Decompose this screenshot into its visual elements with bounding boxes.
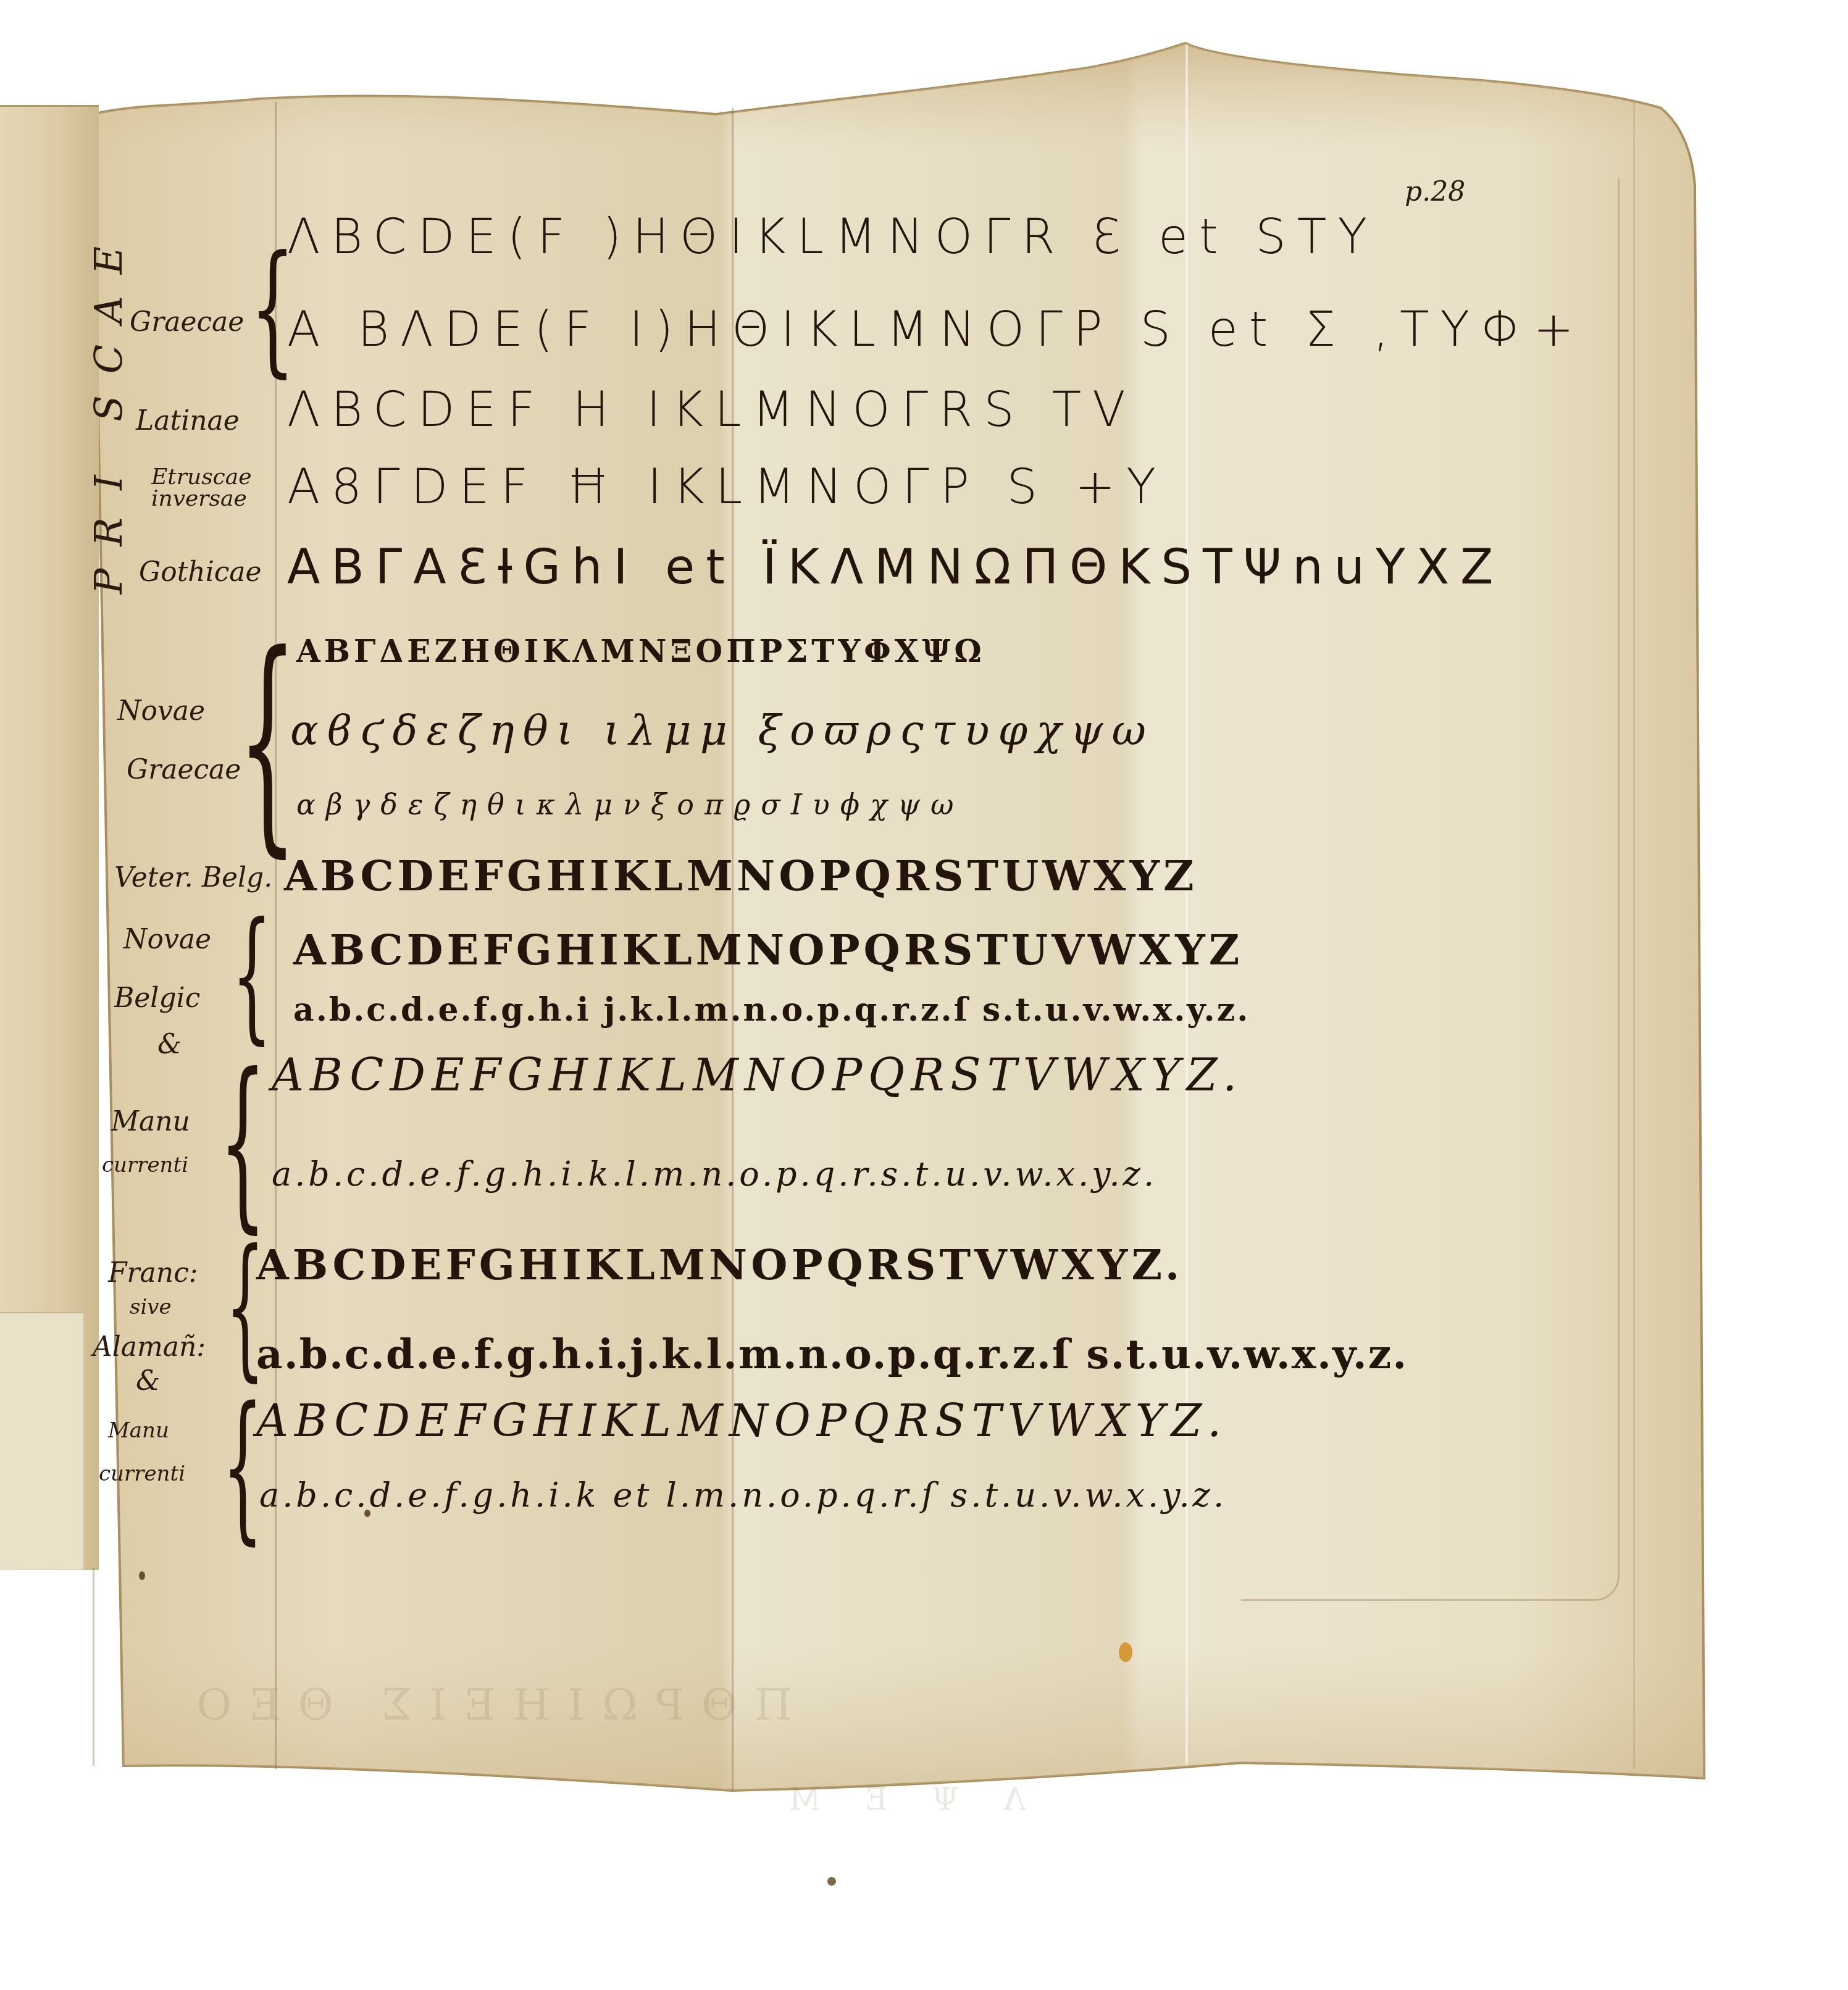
- label-latinae: Latinae: [136, 408, 240, 435]
- alphabet-row-greek-capitals: ΑΒΓΔΕΖΗΘΙΚΛΜΝΞΟΠΡΣΤΥΦΧΨΩ: [296, 636, 985, 667]
- vertical-title-letter: C: [86, 341, 131, 378]
- alphabet-row-gothicae: ΑΒΓΑƐƗGhI et ÏKΛMNΩΠΘKSTΨnuYXZ: [287, 543, 1505, 592]
- label-sive: sive: [130, 1297, 172, 1318]
- label-etruscae: Etruscae: [151, 466, 252, 488]
- foxing-spot: [827, 1877, 836, 1886]
- fold-line: [1633, 102, 1635, 1769]
- alphabet-row-novae-belgic-capitals: ABCDEFGHIKLMNOPQRSTUVWXYZ: [293, 929, 1243, 971]
- label-inversae: inversae: [151, 488, 247, 510]
- alphabet-row-graecae-2: A BΛDE(F I)HΘIKLMNOΓP S et Σ ,TYΦ+: [287, 306, 1585, 354]
- label-veter-belg: Veter. Belg.: [114, 864, 272, 892]
- label-novae-belgic-1: Novae: [123, 926, 211, 953]
- alphabet-row-veter-belg: ABCDEFGHIKLMNOPQRSTUWXYZ: [284, 855, 1198, 897]
- foxing-spot: [139, 1571, 145, 1580]
- vertical-title-letter: I: [86, 464, 131, 501]
- alphabet-row-manu-currenti-lower: a.b.c.d.e.f.g.h.i.k.l.m.n.o.p.q.r.s.t.u.…: [272, 1158, 1157, 1191]
- sheet-edge: [93, 1568, 94, 1766]
- label-novae-belgic-2: Belgic: [114, 985, 200, 1012]
- label-graecae: Graecae: [130, 309, 244, 336]
- show-through-text: ΠΘΡΩΙΗΕΙΣ ΘΕΟ: [179, 1679, 792, 1730]
- alphabet-row-franc-lower: a.b.c.d.e.f.g.h.i.j.k.l.m.n.o.p.q.r.z.ſ …: [256, 1334, 1408, 1374]
- label-franc: Franc:: [108, 1260, 198, 1287]
- left-fold-flap-underside: [0, 1312, 83, 1570]
- label-currenti: currenti: [99, 1463, 185, 1484]
- brace: {: [219, 1050, 266, 1235]
- alphabet-row-latinae: ΛBCDEF H IKLMNOΓRS TV: [287, 386, 1137, 434]
- alphabet-row-graecae-1: ΛBCDE(F )HΘIKLMNOΓR Ɛ et STY: [287, 213, 1378, 261]
- label-alaman: Alamañ:: [93, 1334, 206, 1361]
- label-ampersand: &: [136, 1368, 160, 1395]
- label-graecae-novae: Graecae: [127, 756, 241, 784]
- vertical-title-letter: A: [86, 291, 131, 328]
- label-novae: Novae: [117, 698, 205, 725]
- foxing-spot: [1119, 1642, 1132, 1662]
- label-currenti: currenti: [102, 1155, 188, 1176]
- alphabet-row-greek-minuscule: αβγδεζηθικλμνξοπϱσΙυϕχψω: [296, 790, 964, 819]
- alphabet-row-manu-currenti-capitals: ABCDEFGHIKLMNOPQRSTVWXYZ.: [272, 1053, 1243, 1097]
- label-manu: Manu: [111, 1108, 190, 1135]
- alphabet-row-manu-currenti-2-lower: a.b.c.d.e.f.g.h.i.k et l.m.n.o.p.q.r.ſ s…: [259, 1479, 1227, 1512]
- alphabet-row-novae-belgic-lower: a.b.c.d.e.f.g.h.i j.k.l.m.n.o.p.q.r.z.ſ …: [293, 994, 1250, 1026]
- show-through-text: Λ Ψ Ε Μ: [772, 1781, 1026, 1817]
- page-number: p.28: [1405, 176, 1465, 207]
- vertical-title-letter: E: [86, 242, 131, 279]
- vertical-title-letter: S: [86, 390, 131, 427]
- plate-mark: [1241, 179, 1620, 1601]
- alphabet-plate-photo: ΠΘΡΩΙΗΕΙΣ ΘΕΟ Λ Ψ Ε Μ p.28 P R I S C A E…: [0, 0, 1848, 1990]
- alphabet-row-etruscae: A8ΓDEF Ħ IKLMNOΓP S +Y: [287, 463, 1167, 511]
- vertical-title-letter: P: [86, 563, 131, 600]
- label-gothicae: Gothicae: [139, 559, 262, 586]
- brace: {: [232, 905, 272, 1047]
- vertical-title-letter: R: [86, 514, 131, 551]
- brace: {: [238, 624, 298, 858]
- alphabet-row-manu-currenti-2-capitals: ABCDEFGHIKLMNOPQRSTVWXYZ.: [256, 1398, 1227, 1443]
- alphabet-row-greek-cursive: αϐϛδεζηθι ιλμμ ξοϖρςτυφχψω: [290, 710, 1155, 752]
- label-manu: Manu: [108, 1420, 169, 1441]
- label-ampersand: &: [157, 1031, 182, 1058]
- alphabet-row-franc-capitals: ABCDEFGHIKLMNOPQRSTVWXYZ.: [256, 1244, 1184, 1286]
